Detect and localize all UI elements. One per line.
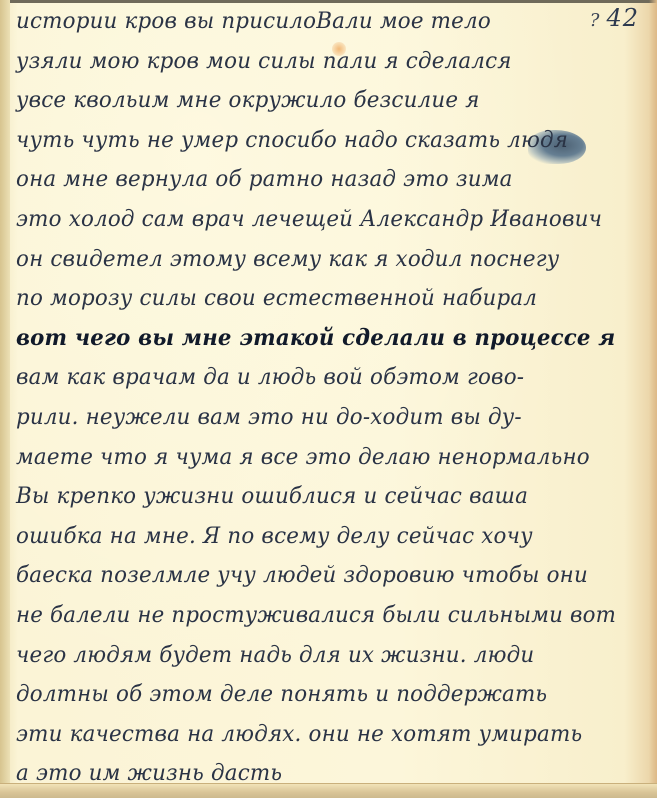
text-line: это холод сам врач лечещей Александр Ива…	[16, 200, 616, 240]
text-line: чуть чуть не умер спосибо надо сказать л…	[16, 121, 616, 161]
text-line: вам как врачам да и людь вой обэтом гово…	[16, 358, 616, 398]
text-line: не балели не простуживалися были сильным…	[16, 596, 614, 636]
text-line: эти качества на людях. они не хотят умир…	[16, 715, 616, 755]
page-binding-edge	[0, 0, 10, 798]
text-line: увсе квольим мне окружило безсилие я	[16, 81, 616, 121]
text-line: она мне вернула об ратно назад это зима	[16, 160, 616, 200]
text-line: Вы крепко ужизни ошиблися и сейчас ваша	[16, 477, 616, 517]
text-line: баеска позелмле учу людей здоровию чтобы…	[16, 556, 616, 596]
text-line: он свидетел этому всему как я ходил посн…	[16, 240, 616, 280]
text-line: рили. неужели вам это ни до-ходит вы ду-	[16, 398, 616, 438]
notebook-page: ?42 истории кров вы присилоВали мое тело…	[0, 0, 657, 798]
text-line: вот чего вы мне этакой сделали в процесс…	[16, 319, 613, 359]
text-line: истории кров вы присилоВали мое тело	[16, 2, 616, 42]
text-line: ошибка на мне. Я по всему делу сейчас хо…	[16, 517, 616, 557]
text-line: узяли мою кров мои силы пали я сделался	[16, 42, 616, 82]
text-line: по морозу силы свои естественной набирал	[16, 279, 616, 319]
text-line: долтны об этом деле понять и поддержать	[16, 675, 616, 715]
page-right-edge	[649, 0, 657, 798]
text-line: чего людям будет надь для их жизни. люди	[16, 636, 616, 676]
handwritten-text-block: истории кров вы присилоВали мое тело узя…	[16, 2, 647, 794]
text-line: маете что я чума я все это делаю ненорма…	[16, 438, 616, 478]
page-bottom-edge	[0, 783, 657, 798]
